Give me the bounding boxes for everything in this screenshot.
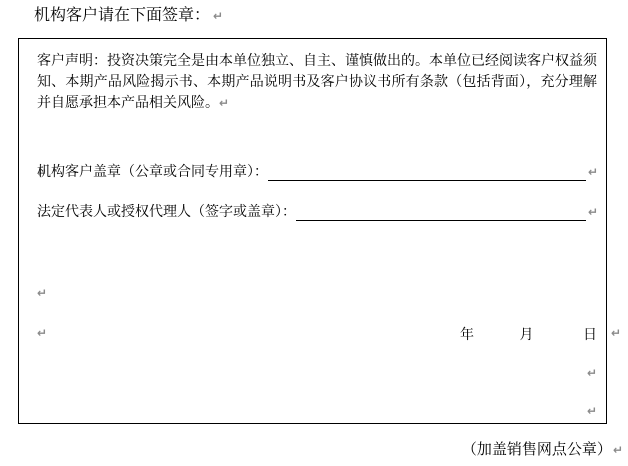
customer-declaration-paragraph: 客户声明：投资决策完全是由本单位独立、自主、谨慎做出的。本单位已经阅读客户权益须…	[37, 51, 597, 114]
customer-declaration-text: 客户声明：投资决策完全是由本单位独立、自主、谨慎做出的。本单位已经阅读客户权益须…	[37, 54, 597, 111]
empty-paragraph: ↵	[37, 403, 597, 421]
seal-signature-blank[interactable]	[268, 167, 586, 181]
month-label: 月	[520, 327, 534, 345]
paragraph-mark-icon: ↵	[587, 366, 597, 380]
document-page: 机构客户请在下面签章：↵ 客户声明：投资决策完全是由本单位独立、自主、谨慎做出的…	[0, 0, 628, 466]
signatory-line-label: 法定代表人或授权代理人（签字或盖章）：	[37, 204, 296, 222]
paragraph-mark-icon: ↵	[588, 206, 598, 218]
seal-line-label: 机构客户盖章（公章或合同专用章）：	[37, 164, 268, 182]
paragraph-mark-icon: ↵	[611, 327, 621, 339]
paragraph-mark-icon: ↵	[37, 286, 47, 300]
paragraph-mark-icon: ↵	[213, 9, 223, 23]
heading-text: 机构客户请在下面签章：	[34, 7, 210, 24]
date-line: 年 月 日	[37, 327, 597, 345]
paragraph-mark-icon: ↵	[587, 404, 597, 418]
footer-seal-note: （加盖销售网点公章）	[462, 442, 612, 458]
seal-line: 机构客户盖章（公章或合同专用章）： ↵	[37, 164, 598, 182]
footer-seal-note-line: （加盖销售网点公章）↵	[462, 442, 623, 459]
empty-paragraph: ↵	[37, 285, 598, 303]
paragraph-mark-icon: ↵	[613, 443, 623, 457]
year-label: 年	[460, 327, 474, 345]
day-label: 日	[583, 327, 597, 345]
signatory-line: 法定代表人或授权代理人（签字或盖章）： ↵	[37, 204, 598, 222]
paragraph-mark-icon: ↵	[219, 96, 229, 110]
signatory-signature-blank[interactable]	[296, 207, 586, 221]
paragraph-mark-icon: ↵	[588, 166, 598, 178]
empty-paragraph: ↵	[37, 365, 597, 383]
heading-line: 机构客户请在下面签章：↵	[34, 7, 223, 25]
declaration-box: 客户声明：投资决策完全是由本单位独立、自主、谨慎做出的。本单位已经阅读客户权益须…	[18, 38, 607, 424]
